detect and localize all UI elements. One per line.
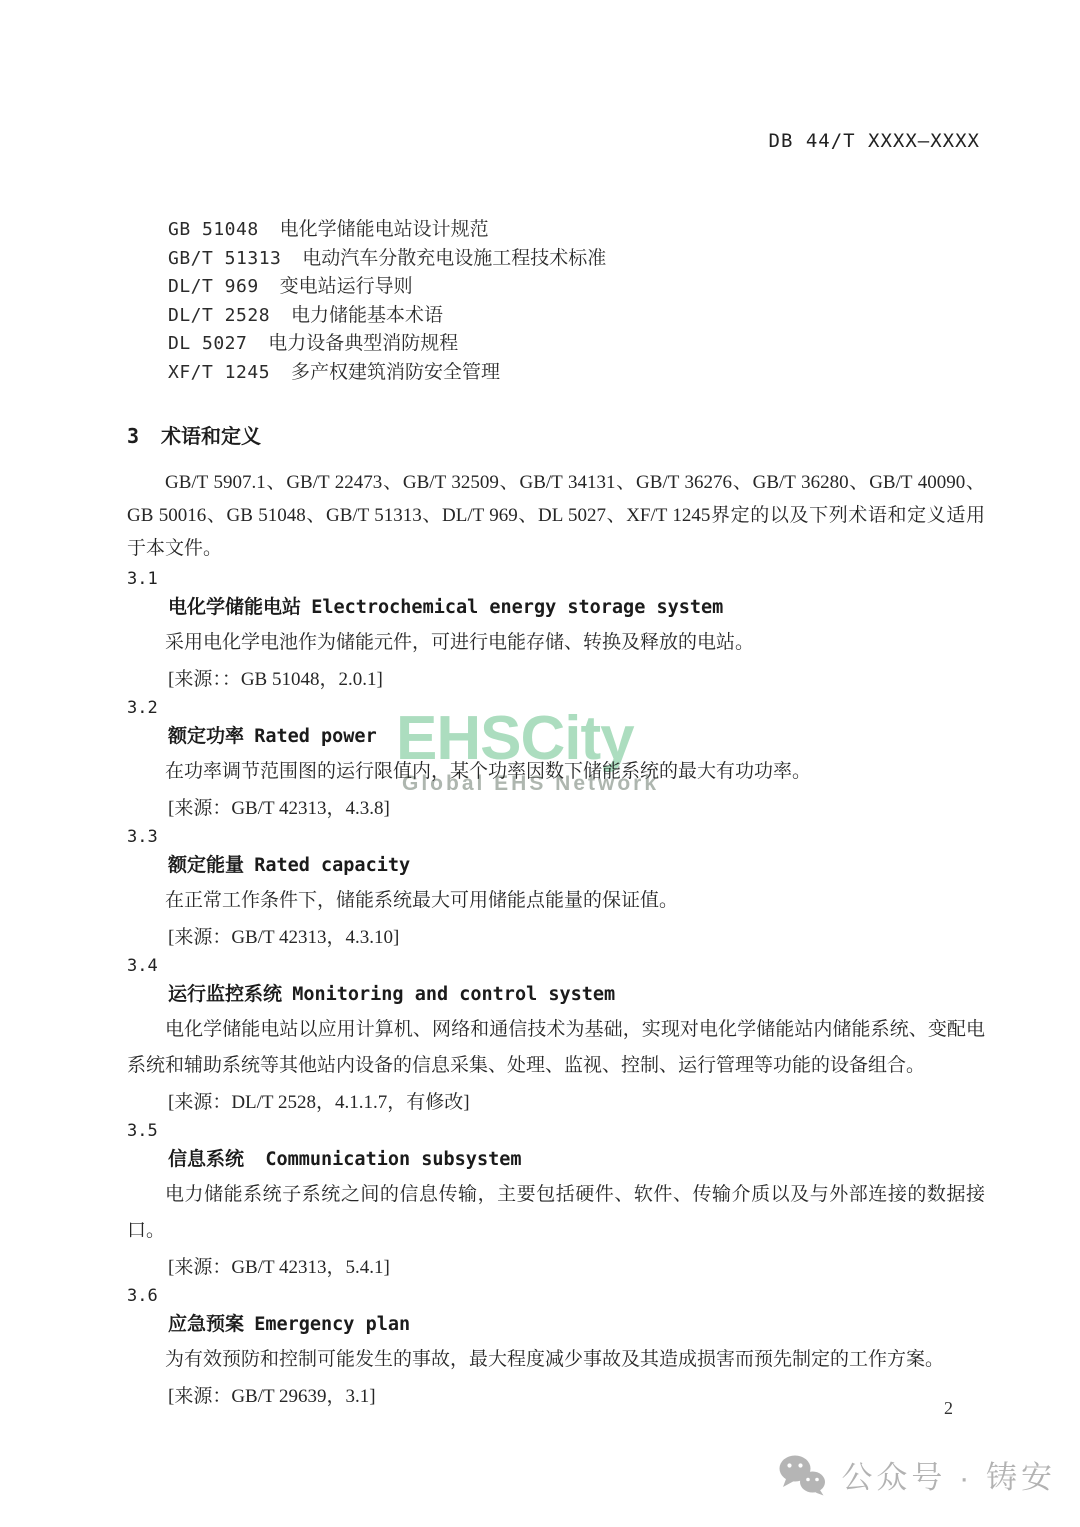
reference-title: 电力设备典型消防规程: [268, 333, 458, 354]
term-definition: 在功率调节范围图的运行限值内，某个功率因数下储能系统的最大有功功率。: [127, 754, 985, 790]
reference-code: DL/T 969: [168, 276, 259, 297]
term-source: [来源：DL/T 2528，4.1.1.7，有修改]: [168, 1089, 985, 1117]
section-title: 术语和定义: [161, 426, 261, 448]
wechat-account-label: 公众号 · 铸安: [841, 1452, 1056, 1497]
term-block-3-3: 3.3 额定能量Rated capacity 在正常工作条件下，储能系统最大可用…: [127, 825, 985, 952]
standard-number: DB 44/T XXXX—XXXX: [769, 130, 980, 152]
reference-code: GB 51048: [168, 219, 259, 240]
term-number: 3.3: [127, 825, 985, 850]
term-title: 信息系统 Communication subsystem: [168, 1147, 985, 1172]
section-heading: 3术语和定义: [127, 423, 985, 450]
term-title-en: Electrochemical energy storage system: [311, 597, 723, 618]
reference-item: XF/T 1245多产权建筑消防安全管理: [168, 359, 985, 388]
wechat-icon: [777, 1454, 827, 1496]
term-title-zh: 信息系统: [168, 1149, 244, 1170]
term-title: 额定功率Rated power: [168, 724, 985, 749]
term-number: 3.5: [127, 1119, 985, 1144]
term-source: [来源：GB/T 42313，4.3.10]: [168, 924, 985, 952]
wechat-footer: 公众号 · 铸安: [777, 1452, 1056, 1497]
document-page: EHSCity Global EHS Network DB 44/T XXXX—…: [0, 0, 1080, 1527]
reference-item: DL 5027电力设备典型消防规程: [168, 330, 985, 359]
reference-title: 电动汽车分散充电设施工程技术标准: [302, 248, 606, 269]
term-source: [来源：：GB 51048，2.0.1]: [168, 666, 985, 694]
term-block-3-6: 3.6 应急预案Emergency plan 为有效预防和控制可能发生的事故，最…: [127, 1284, 985, 1411]
term-definition: 在正常工作条件下，储能系统最大可用储能点能量的保证值。: [127, 883, 985, 919]
term-title-en: Communication subsystem: [254, 1149, 521, 1170]
term-title: 应急预案Emergency plan: [168, 1312, 985, 1337]
reference-title: 电力储能基本术语: [291, 305, 443, 326]
reference-item: DL/T 2528电力储能基本术语: [168, 302, 985, 331]
reference-item: GB 51048电化学储能电站设计规范: [168, 216, 985, 245]
term-number: 3.4: [127, 954, 985, 979]
term-definition: 电力储能系统子系统之间的信息传输，主要包括硬件、软件、传输介质以及与外部连接的数…: [127, 1177, 985, 1249]
term-block-3-4: 3.4 运行监控系统Monitoring and control system …: [127, 954, 985, 1117]
reference-code: DL 5027: [168, 333, 247, 354]
term-definition: 电化学储能电站以应用计算机、网络和通信技术为基础，实现对电化学储能站内储能系统、…: [127, 1012, 985, 1084]
term-title-zh: 电化学储能电站: [168, 597, 301, 618]
term-title-en: Emergency plan: [254, 1314, 410, 1335]
reference-title: 电化学储能电站设计规范: [280, 219, 489, 240]
term-source: [来源：GB/T 29639，3.1]: [168, 1383, 985, 1411]
reference-code: DL/T 2528: [168, 305, 270, 326]
section-number: 3: [127, 424, 139, 448]
term-title-en: Monitoring and control system: [292, 984, 615, 1005]
term-title-zh: 运行监控系统: [168, 984, 282, 1005]
term-source: [来源：GB/T 42313，5.4.1]: [168, 1254, 985, 1282]
page-number: 2: [944, 1398, 953, 1419]
term-title-zh: 额定能量: [168, 855, 244, 876]
term-block-3-1: 3.1 电化学储能电站Electrochemical energy storag…: [127, 567, 985, 694]
reference-code: GB/T 51313: [168, 248, 281, 269]
reference-title: 多产权建筑消防安全管理: [291, 362, 500, 383]
term-title: 额定能量Rated capacity: [168, 853, 985, 878]
reference-item: DL/T 969变电站运行导则: [168, 273, 985, 302]
reference-title: 变电站运行导则: [280, 276, 413, 297]
term-title-en: Rated power: [254, 726, 377, 747]
term-definition: 采用电化学电池作为储能元件，可进行电能存储、转换及释放的电站。: [127, 625, 985, 661]
term-title: 运行监控系统Monitoring and control system: [168, 982, 985, 1007]
document-header: DB 44/T XXXX—XXXX: [0, 0, 1080, 152]
terms-list: 3.1 电化学储能电站Electrochemical energy storag…: [127, 567, 985, 1411]
term-number: 3.6: [127, 1284, 985, 1309]
term-title-zh: 额定功率: [168, 726, 244, 747]
term-source: [来源：GB/T 42313，4.3.8]: [168, 795, 985, 823]
term-block-3-5: 3.5 信息系统 Communication subsystem 电力储能系统子…: [127, 1119, 985, 1282]
term-number: 3.1: [127, 567, 985, 592]
term-definition: 为有效预防和控制可能发生的事故，最大程度减少事故及其造成损害而预先制定的工作方案…: [127, 1342, 985, 1378]
term-block-3-2: 3.2 额定功率Rated power 在功率调节范围图的运行限值内，某个功率因…: [127, 696, 985, 823]
term-title-en: Rated capacity: [254, 855, 410, 876]
term-title-zh: 应急预案: [168, 1314, 244, 1335]
reference-item: GB/T 51313电动汽车分散充电设施工程技术标准: [168, 245, 985, 274]
section-intro: GB/T 5907.1、GB/T 22473、GB/T 32509、GB/T 3…: [127, 466, 985, 565]
references-list: GB 51048电化学储能电站设计规范 GB/T 51313电动汽车分散充电设施…: [168, 216, 985, 387]
term-title: 电化学储能电站Electrochemical energy storage sy…: [168, 595, 985, 620]
term-number: 3.2: [127, 696, 985, 721]
reference-code: XF/T 1245: [168, 362, 270, 383]
